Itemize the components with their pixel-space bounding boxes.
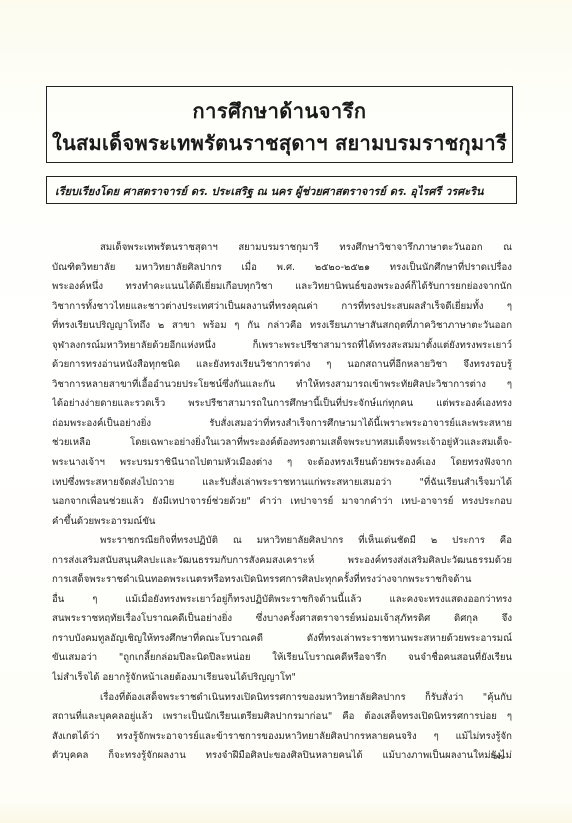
body-line: สังเกตได้ว่า ทรงรู้จักพระอาจารย์และข้ารา… bbox=[52, 727, 512, 747]
body-line: ได้อย่างง่ายดายและรวดเร็ว พระปรีชาสามารถ… bbox=[52, 394, 512, 414]
page-title-line-2: ในสมเด็จพระเทพรัตนราชสุดาฯ สยามบรมราชกุม… bbox=[47, 127, 512, 159]
body-line: สนพระราชหฤทัยเรื่องโบราณคดีเป็นอย่างยิ่ง… bbox=[52, 609, 512, 629]
body-line: วิชาการทั้งชาวไทยและชาวต่างประเทศว่าเป็น… bbox=[52, 297, 512, 317]
body-line: เรื่องที่ต้องเสด็จพระราชดำเนินทรงเปิดนิท… bbox=[52, 688, 512, 708]
body-line: พระองค์หนึ่ง ทรงทำคะแนนได้ดีเยี่ยมเกือบท… bbox=[52, 277, 512, 297]
body-line: การเสด็จพระราชดำเนินทอดพระเนตรหรือทรงเปิ… bbox=[52, 570, 512, 590]
body-line: เทปซึ่งพระสหายจัดส่งไปถวาย และรับสั่งเล่… bbox=[52, 473, 512, 493]
body-line: พระนางเจ้าฯ พระบรมราชินีนาถไปตามหัวเมือง… bbox=[52, 453, 512, 473]
body-line: คำขึ้นด้วยพระอารมณ์ขัน bbox=[52, 512, 512, 532]
body-line: อื่น ๆ แม้เมื่อยังทรงพระเยาว์อยู่ก็ทรงปฏ… bbox=[52, 590, 512, 610]
byline-box: เรียบเรียงโดย ศาสตราจารย์ ดร. ประเสริฐ ณ… bbox=[46, 176, 517, 204]
body-line: การส่งเสริมสนับสนุนศิลปะและวัฒนธรรมกับกา… bbox=[52, 551, 512, 571]
body-line: ถ่อมพระองค์เป็นอย่างยิ่ง รับสั่งเสมอว่าท… bbox=[52, 414, 512, 434]
body-line: ตัวบุคคล ก็จะทรงรู้จักผลงาน ทรงจำฝีมือศิ… bbox=[52, 746, 512, 766]
body-line: วิชาการหลายสาขาที่เอื้ออำนวยประโยชน์ซึ่ง… bbox=[52, 375, 512, 395]
body-line: ช่วยเหลือ โดยเฉพาะอย่างยิ่งในเวลาที่พระอ… bbox=[52, 433, 512, 453]
body-line: บัณฑิตวิทยาลัย มหาวิทยาลัยศิลปากร เมื่อ … bbox=[52, 258, 512, 278]
title-box: การศึกษาด้านจารึก ในสมเด็จพระเทพรัตนราชส… bbox=[46, 86, 513, 163]
body-line: สถานที่และบุคคลอยู่แล้ว เพราะเป็นนักเรีย… bbox=[52, 707, 512, 727]
body-line: จุฬาลงกรณ์มหาวิทยาลัยด้วยอีกแห่งหนึ่ง ก็… bbox=[52, 336, 512, 356]
page-number: ๖๗ bbox=[492, 749, 504, 763]
body-line: ด้วยการทรงอ่านหนังสือทุกชนิด และยังทรงเร… bbox=[52, 355, 512, 375]
body-line: พระราชกรณียกิจที่ทรงปฏิบัติ ณ มหาวิทยาลั… bbox=[52, 531, 512, 551]
author-byline: เรียบเรียงโดย ศาสตราจารย์ ดร. ประเสริฐ ณ… bbox=[55, 182, 510, 200]
body-line: กราบบังคมทูลอัญเชิญให้ทรงศึกษาที่คณะโบรา… bbox=[52, 629, 512, 649]
page-edge-tint bbox=[0, 800, 572, 823]
body-line: ขันเสมอว่า "ถูกเกลี้ยกล่อมปีละนิดปีละหน่… bbox=[52, 648, 512, 668]
body-line: ไม่สำเร็จได้ อยากรู้จักหน้าเลยต้องมาเรีย… bbox=[52, 668, 512, 688]
page-title-line-1: การศึกษาด้านจารึก bbox=[47, 95, 512, 127]
body-line: ที่ทรงเรียนปริญญาโทถึง ๒ สาขา พร้อม ๆ กั… bbox=[52, 316, 512, 336]
article-body: สมเด็จพระเทพรัตนราชสุดาฯ สยามบรมราชกุมาร… bbox=[52, 238, 512, 766]
body-line: นอกจากเพื่อนช่วยแล้ว ยังมีเทปาจารย์ช่วยด… bbox=[52, 492, 512, 512]
body-line: สมเด็จพระเทพรัตนราชสุดาฯ สยามบรมราชกุมาร… bbox=[52, 238, 512, 258]
